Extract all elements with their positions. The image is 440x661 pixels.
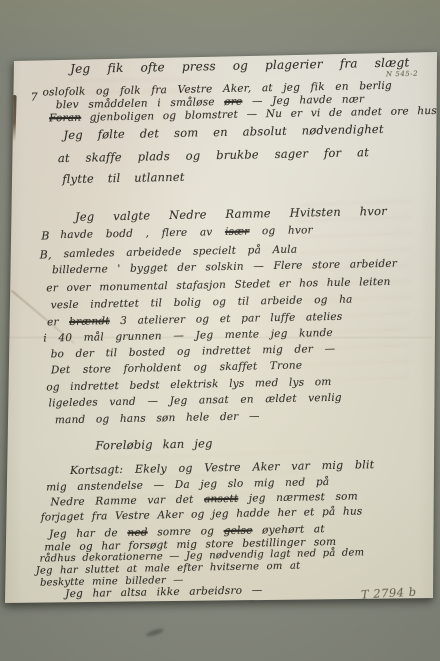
handwritten-text: og indrettet bedst elektrisk lys med lys… [46, 376, 331, 393]
handwritten-line: er brændt 3 atelierer og et par luffe at… [47, 312, 343, 328]
handwritten-text: øyehørt at [252, 523, 324, 536]
handwritten-text: flytte til utlannet [62, 170, 185, 186]
handwritten-line: Jeg fik ofte press og plagerier fra slæg… [70, 56, 410, 75]
handwriting-layer: Jeg fik ofte press og plagerier fra slæg… [0, 0, 440, 661]
catalog-number-top: N 545-2 [386, 71, 418, 79]
handwritten-line: Kortsagt: Ekely og Vestre Aker var mig b… [70, 459, 375, 476]
paper-shadow: Jeg fik ofte press og plagerier fra slæg… [0, 0, 440, 661]
handwritten-text: er over monumental stafasjon Stedet er h… [46, 276, 390, 295]
handwritten-text: Nedre Ramme var det [50, 493, 204, 508]
struck-word: især [225, 226, 250, 238]
handwritten-line: Jeg følte det som en absolut nødvendighe… [63, 124, 383, 142]
handwritten-line: havde bodd , flere av især og hvor [60, 225, 313, 240]
handwritten-text: 3 atelierer og et par luffe atelies [110, 311, 343, 327]
handwritten-line: og indrettet bedst elektrisk lys med lys… [46, 377, 331, 393]
handwritten-text: Kortsagt: Ekely og Vestre Aker var mig b… [70, 458, 375, 477]
struck-word: gelse [224, 525, 253, 538]
handwritten-text: havde bodd , flere av [60, 226, 225, 241]
struck-word: øre [224, 96, 242, 108]
handwritten-text: forjaget fra Vestre Aker og jeg hadde he… [41, 505, 363, 523]
handwritten-line: bo der til bosted og indrettet mig der — [51, 344, 336, 360]
handwritten-line: forjaget fra Vestre Aker og jeg hadde he… [41, 506, 363, 523]
handwritten-text: somre og [148, 525, 224, 538]
handwritten-text: samledes arbeidede specielt på Aula [64, 244, 298, 260]
handwritten-text: i 40 mål grunnen — Jeg mente jeg kunde [43, 327, 333, 345]
handwritten-line: mig anstendelse — Da jeg slo mig ned på [46, 477, 329, 493]
handwritten-text: jeg nærmest som [238, 490, 358, 504]
handwritten-text: at skaffe plads og brukbe sager for at [58, 145, 369, 165]
handwritten-text: Foreløbig kan jeg [95, 436, 213, 452]
handwritten-line: billederne ' bygget der solskin — Flere … [52, 259, 397, 276]
struck-word: ansett [204, 493, 238, 506]
handwritten-line: i 40 mål grunnen — Jeg mente jeg kunde [43, 328, 333, 344]
margin-mark: B, [40, 249, 52, 260]
handwritten-text: Jeg har de [49, 527, 128, 541]
handwritten-line: Jeg valgte Nedre Ramme Hvitsten hvor [75, 206, 387, 223]
margin-mark: 7 [31, 92, 38, 103]
handwritten-text: mand og hans søn hele der — [55, 410, 260, 426]
struck-word: brændt [69, 315, 110, 328]
handwritten-line: samledes arbeidede specielt på Aula [64, 245, 298, 260]
photograph-of-letter: Jeg fik ofte press og plagerier fra slæg… [0, 0, 440, 661]
struck-word: Foran [49, 112, 81, 125]
handwritten-text: er [47, 316, 69, 328]
margin-mark: B [41, 230, 50, 241]
handwritten-text: Jeg har altsa ikke arbeidsro — [65, 584, 262, 600]
handwritten-text: Jeg valgte Nedre Ramme Hvitsten hvor [75, 204, 387, 224]
handwritten-text: Jeg følte det som en absolut nødvendighe… [63, 122, 384, 142]
handwritten-line: Jeg har altsa ikke arbeidsro — [65, 585, 262, 599]
handwritten-text: billederne ' bygget der solskin — Flere … [52, 258, 397, 277]
handwritten-line: Foreløbig kan jeg [95, 438, 212, 452]
handwritten-text: og hvor [249, 224, 313, 237]
handwritten-text: bo der til bosted og indrettet mig der — [51, 343, 336, 360]
handwritten-line: mand og hans søn hele der — [55, 411, 260, 425]
handwritten-text: 7 [31, 91, 38, 104]
handwritten-text: — Jeg havde nær [242, 93, 364, 107]
handwritten-line: ligeledes vand — Jeg ansat en ældet venl… [48, 393, 341, 409]
handwritten-line: at skaffe plads og brukbe sager for at [58, 147, 369, 164]
handwritten-line: er over monumental stafasjon Stedet er h… [46, 277, 390, 294]
handwritten-text: ligeledes vand — Jeg ansat en ældet venl… [48, 392, 341, 410]
struck-word: ned [127, 527, 148, 539]
handwritten-text: Det store forholdent og skaffet Trone [51, 360, 302, 377]
handwritten-line: Det store forholdent og skaffet Trone [51, 361, 302, 376]
catalog-number-bottom: T 2794 b [361, 587, 417, 601]
handwritten-text: B, [40, 248, 52, 261]
handwritten-line: flytte til utlannet [62, 172, 185, 186]
handwritten-text: Jeg fik ofte press og plagerier fra slæg… [70, 55, 410, 76]
handwritten-text: B [41, 229, 50, 242]
handwritten-text: vesle indrettet til bolig og til arbeide… [51, 294, 353, 312]
handwritten-line: vesle indrettet til bolig og til arbeide… [51, 295, 353, 311]
letter-page: Jeg fik ofte press og plagerier fra slæg… [0, 0, 440, 661]
